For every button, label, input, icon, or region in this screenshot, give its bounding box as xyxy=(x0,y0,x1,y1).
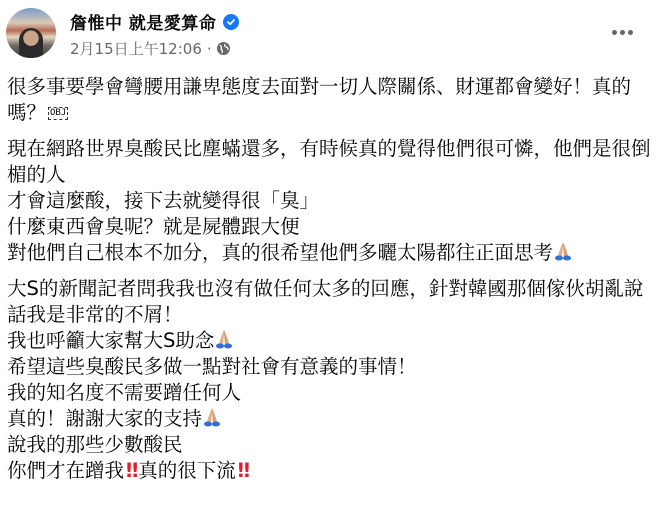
post-line: 大S的新聞記者問我我也沒有做任何太多的回應，針對韓國那個傢伙胡亂說話我是非常的不… xyxy=(7,276,652,328)
post-body: 很多事要學會彎腰用謙卑態度去面對一切人際關係、財運都會變好！真的嗎？OBJ 現在… xyxy=(7,74,652,494)
post-header: 詹惟中 就是愛算命 2月15日上午12:06 · xyxy=(0,0,656,66)
post-line: 現在網路世界臭酸民比塵蟎還多，有時候真的覺得他們很可憐，他們是很倒楣的人 xyxy=(7,136,652,188)
ellipsis-icon-dot xyxy=(620,30,625,35)
folded-hands-icon xyxy=(202,406,222,428)
author-name-row: 詹惟中 就是愛算命 xyxy=(70,9,239,34)
object-placeholder-icon: OBJ xyxy=(48,107,68,120)
post-line: 什麼東西會臭呢？就是屍體跟大便 xyxy=(7,214,652,240)
meta-separator: · xyxy=(207,40,212,58)
paragraph-2: 現在網路世界臭酸民比塵蟎還多，有時候真的覺得他們很可憐，他們是很倒楣的人 才會這… xyxy=(7,136,652,266)
post-line: 對他們自己根本不加分，真的很希望他們多曬太陽都往正面思考 xyxy=(7,240,652,266)
post-line: 說我的那些少數酸民 xyxy=(7,432,652,458)
double-exclamation-icon: ‼ xyxy=(126,459,134,482)
post-line: 才會這麼酸，接下去就變得很「臭」 xyxy=(7,188,652,214)
more-options-button[interactable] xyxy=(604,22,640,42)
author-avatar[interactable] xyxy=(6,8,56,58)
post-line: 希望這些臭酸民多做一點對社會有意義的事情！ xyxy=(7,354,652,380)
post-line: 你們才在蹭我‼真的很下流‼ xyxy=(7,458,652,484)
double-exclamation-icon: ‼ xyxy=(238,459,246,482)
paragraph-1: 很多事要學會彎腰用謙卑態度去面對一切人際關係、財運都會變好！真的嗎？OBJ xyxy=(7,74,652,126)
avatar-person-figure xyxy=(19,28,43,58)
folded-hands-icon xyxy=(214,328,234,350)
post-line: 我的知名度不需要蹭任何人 xyxy=(7,380,652,406)
globe-icon[interactable] xyxy=(217,42,230,55)
post-line: 我也呼籲大家幫大S助念 xyxy=(7,328,652,354)
paragraph-3: 大S的新聞記者問我我也沒有做任何太多的回應，針對韓國那個傢伙胡亂說話我是非常的不… xyxy=(7,276,652,484)
post-line: 很多事要學會彎腰用謙卑態度去面對一切人際關係、財運都會變好！真的嗎？OBJ xyxy=(7,74,652,126)
verified-badge-icon xyxy=(223,14,239,30)
post-line: 真的！謝謝大家的支持 xyxy=(7,406,652,432)
post-meta: 2月15日上午12:06 · xyxy=(70,38,230,59)
author-name[interactable]: 詹惟中 就是愛算命 xyxy=(70,9,216,34)
folded-hands-icon xyxy=(553,240,573,262)
ellipsis-icon-dot xyxy=(628,30,633,35)
ellipsis-icon-dot xyxy=(612,30,617,35)
post-timestamp[interactable]: 2月15日上午12:06 xyxy=(70,38,202,59)
